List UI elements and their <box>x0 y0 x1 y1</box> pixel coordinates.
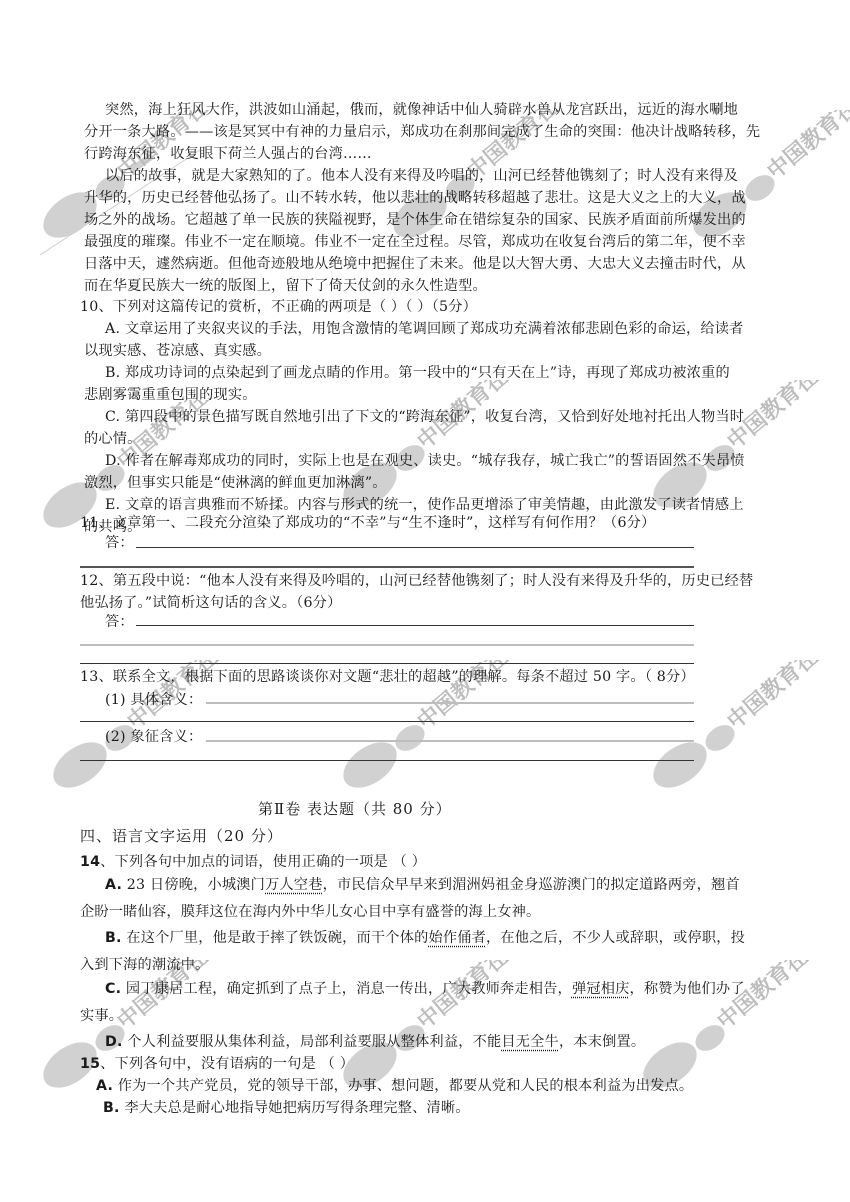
option-d-cont: 激烈，但事实只能是“使淋漓的鲜血更加淋漓”。 <box>84 473 387 493</box>
passage-line: 而在华夏民族大一统的版图上，留下了倚天仗剑的永久性造型。 <box>84 276 487 296</box>
answer-line[interactable] <box>80 644 694 646</box>
option-a: A. 作为一个共产党员，党的领导干部，办事、想问题，都要从党和人民的根本利益为出… <box>96 1076 693 1096</box>
option-c-cont: 的心情。 <box>84 429 142 449</box>
answer-label: 答： <box>105 612 134 632</box>
answer-line[interactable] <box>136 625 694 626</box>
answer-line[interactable] <box>206 740 694 742</box>
answer-line[interactable] <box>80 663 694 664</box>
svg-text:中国教育在线: 中国教育在线 <box>762 110 850 185</box>
item-2-label: (2) 象征含义： <box>105 727 202 747</box>
answer-line[interactable] <box>136 547 694 548</box>
question-stem: 13、联系全文，根据下面的思路谈谈你对文题“悲壮的超越”的理解。每条不超过 50… <box>80 667 695 687</box>
answer-line[interactable] <box>206 702 694 704</box>
option-d: D. 作者在解毒郑成功的同时，实际上也是在观史、读史。“城存我存，城亡我亡”的誓… <box>105 451 745 471</box>
question-stem: 15、下列各句中，没有语病的一句是 （ ） <box>80 1054 354 1074</box>
question-stem: 12、第五段中说：“他本人没有来得及吟唱的，山河已经替他镌刻了；时人没有来得及升… <box>80 571 753 591</box>
option-a-cont: 以现实感、苍凉感、真实感。 <box>84 341 271 361</box>
exam-page: 中国教育在线 中国教育在线 中国教育在线 中国教育在线 <box>0 0 850 1202</box>
answer-line[interactable] <box>80 760 694 761</box>
option-a-cont: 企盼一睹仙容，膜拜这位在海内外中华儿女心目中享有盛誉的海上女神。 <box>80 902 540 922</box>
dotted-term: 弹冠相庆 <box>572 981 630 997</box>
option-b-cont: 入到下海的潮流中。 <box>80 955 210 975</box>
option-b: B. 李大夫总是耐心地指导她把病历写得条理完整、清晰。 <box>103 1098 470 1118</box>
option-b: B. 在这个厂里，他是敢于摔了铁饭碗，而干个体的始作俑者，在他之后，不少人或辞职… <box>105 928 745 948</box>
passage-line: 升华的，历史已经替他弘扬了。山不转水转，他以悲壮的战略转移超越了悲壮。这是大义之… <box>84 188 746 208</box>
answer-line[interactable] <box>80 721 694 722</box>
question-stem: 14、下列各句中加点的词语，使用正确的一项是 （ ） <box>80 852 426 872</box>
part-title: 四、语言文字运用（20 分） <box>80 826 283 846</box>
passage-line: 行跨海东征，收复眼下荷兰人强占的台湾…… <box>84 144 372 164</box>
option-c-cont: 实事。 <box>80 1006 123 1026</box>
item-1-label: (1) 具体含义： <box>105 690 202 710</box>
question-stem-cont: 他弘扬了。”试简析这句话的含义。（6分） <box>80 593 341 613</box>
option-c: C. 园丁康居工程，确定抓到了点子上，消息一传出，广大教师奔走相告，弹冠相庆，称… <box>105 979 745 999</box>
dotted-term: 目无全牛 <box>501 1034 559 1050</box>
option-a: A. 23 日傍晚，小城澳门万人空巷，市民信众早早来到湄洲妈祖金身巡游澳门的拟定… <box>105 875 740 895</box>
answer-line[interactable] <box>80 566 694 568</box>
question-stem: 10、下列对这篇传记的赏析，不正确的两项是（ ）（ ）（5分） <box>80 297 477 317</box>
option-e: E. 文章的语言典雅而不矫揉。内容与形式的统一，使作品更增添了审美情趣，由此激发… <box>105 495 744 515</box>
option-d: D. 个人利益要服从集体利益，局部利益要服从整体利益，不能目无全牛，本末倒置。 <box>105 1032 645 1052</box>
section-title: 第Ⅱ卷 表达题（共 80 分） <box>258 799 452 819</box>
passage-line: 最强度的璀璨。伟业不一定在顺境。伟业不一定在全过程。尽管，郑成功在收复台湾后的第… <box>84 232 746 252</box>
option-b-cont: 悲剧雾霭重重包围的现实。 <box>84 385 257 405</box>
passage-line: 突然，海上狂风大作，洪波如山涌起，俄而，就像神话中仙人骑辟水兽从龙宫跃出，远近的… <box>105 100 738 120</box>
dotted-term: 万人空巷 <box>265 877 323 893</box>
dotted-term: 始作俑者 <box>428 930 486 946</box>
passage-line: 场之外的战场。它超越了单一民族的狭隘视野，是个体生命在错综复杂的国家、民族矛盾面… <box>84 210 746 230</box>
passage-line: 日落中天，遽然病逝。但他奇迹般地从绝境中把握住了未来。他是以大智大勇、大忠大义去… <box>84 254 746 274</box>
passage-line: 分开一条大路。——该是冥冥中有神的力量启示，郑成功在刹那间完成了生命的突围：他决… <box>84 122 760 142</box>
option-c: C. 第四段中的景色描写既自然地引出了下文的“跨海东征”，收复台湾，又恰到好处地… <box>105 407 744 427</box>
svg-text:中国教育在线: 中国教育在线 <box>722 660 820 735</box>
option-b: B. 郑成功诗词的点染起到了画龙点睛的作用。第一段中的“只有天在上”诗，再现了郑… <box>105 363 730 383</box>
passage-line: 以后的故事，就是大家熟知的了。他本人没有来得及吟唱的，山河已经替他镌刻了；时人没… <box>105 166 738 186</box>
question-stem: 11、文章第一、二段充分渲染了郑成功的“不幸”与“生不逢时”，这样写有何作用？（… <box>80 513 655 533</box>
answer-label: 答： <box>105 533 134 553</box>
option-a: A. 文章运用了夹叙夹议的手法，用饱含激情的笔调回顾了郑成功充满着浓郁悲剧色彩的… <box>105 319 744 339</box>
